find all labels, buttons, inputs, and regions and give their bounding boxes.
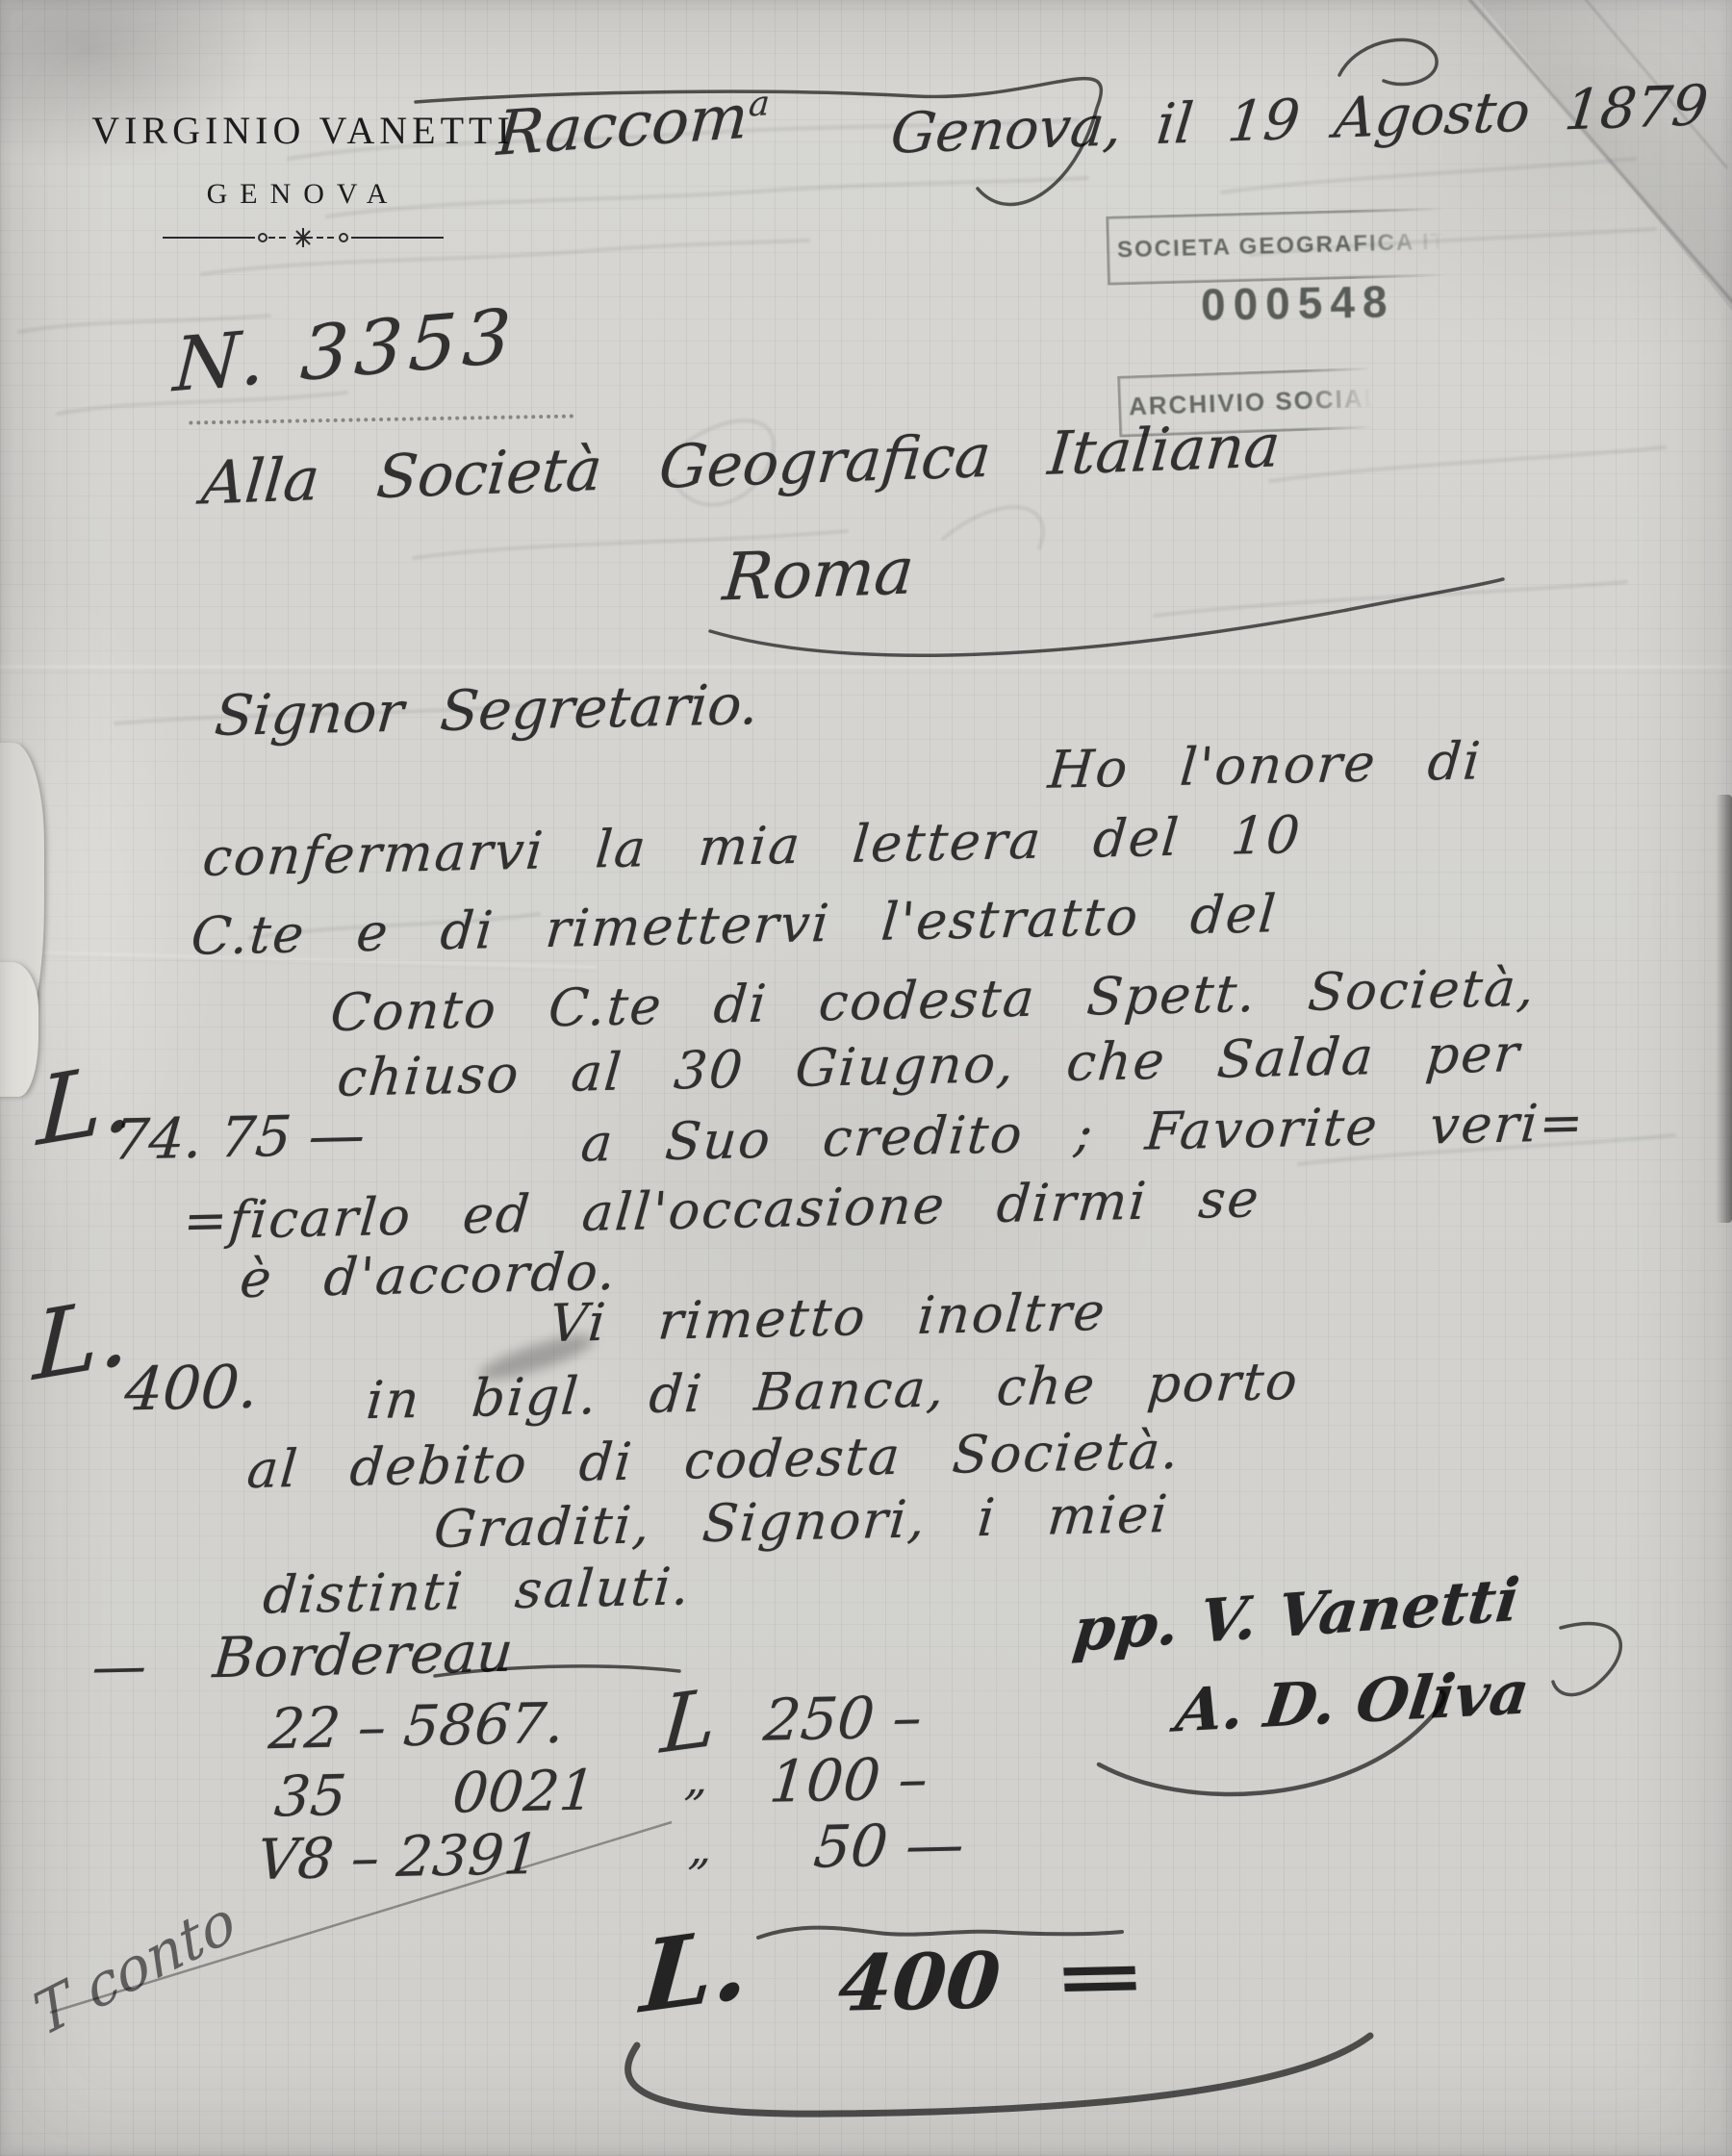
total-amount: 400	[835, 1938, 1004, 2027]
postal-note: Raccoma	[411, 13, 776, 244]
postal-note-superscript: a	[748, 84, 772, 124]
recipient-line2: Roma	[720, 536, 917, 616]
pencil-annotation: T conto	[27, 1889, 243, 2050]
dateline: Genova, il 19 Agosto 1879	[888, 74, 1711, 165]
bordereau-ref: V8 – 2391	[255, 1823, 542, 1891]
margin-amount: 400.	[122, 1354, 261, 1423]
bordereau-amount: 50 —	[811, 1813, 966, 1880]
bordereau-currency: „	[683, 1755, 710, 1805]
bordereau-ref: 22 – 5867.	[267, 1692, 567, 1761]
registry-number-text: 000548	[1201, 276, 1395, 330]
total-equals: =	[1050, 1937, 1150, 2018]
protocol-dotted-underline	[189, 376, 574, 425]
margin-lira-symbol: L.	[32, 1278, 132, 1400]
bordereau-amount: 100 –	[767, 1747, 930, 1815]
body-line: Vi rimetto inoltre	[548, 1283, 1108, 1354]
body-line: distinti saluti.	[261, 1558, 693, 1625]
body-line: Ho l'onore di	[1046, 732, 1484, 799]
signature-tail-flourish	[1553, 1624, 1620, 1695]
body-line: confermarvi la mia lettera del 10	[200, 806, 1304, 887]
postal-note-text: Raccom	[495, 82, 751, 170]
horizontal-crease	[0, 666, 1732, 672]
bordereau-ref: 35 0021	[272, 1760, 598, 1829]
bordereau-currency: „	[687, 1824, 714, 1874]
registry-number-stamp: 000548	[1201, 275, 1395, 331]
scan-edge-shadow	[1716, 795, 1732, 1223]
society-stamp-text: SOCIETA GEOGRAFICA ITALIANA	[1117, 226, 1456, 265]
body-line: a Suo credito ; Favorite veri=	[578, 1094, 1587, 1173]
body-line: Graditi, Signori, i miei	[432, 1485, 1172, 1559]
corner-pen-loop	[1339, 39, 1437, 84]
society-stamp: SOCIETA GEOGRAFICA ITALIANA	[1106, 207, 1456, 285]
body-line: C.te e di rimettervi l'estratto del	[189, 885, 1280, 966]
salutation: Signor Segretario.	[213, 673, 761, 748]
bordereau-amount: 250 –	[761, 1686, 925, 1754]
margin-amount: 74. 75 —	[111, 1103, 368, 1171]
bordereau-title: Bordereau	[211, 1621, 516, 1689]
torn-edge-chip	[0, 962, 38, 1097]
total-swoosh-underline	[628, 2036, 1370, 2114]
signature-line2: A. D. Oliva	[1172, 1660, 1533, 1744]
recipient-line1: Alla Società Geografica Italiana	[199, 413, 1283, 517]
letter-scan: SOCIETA GEOGRAFICA ITALIANA 000548 ARCHI…	[0, 0, 1732, 2156]
paper-fold-corner	[1443, 0, 1732, 327]
total-currency: L.	[638, 1908, 753, 2034]
bordereau-dash: —	[89, 1636, 148, 1698]
signature-line1: pp. V. Vanetti	[1070, 1566, 1522, 1663]
ornament-divider	[159, 226, 447, 249]
body-line: =ficarlo ed all'occasione dirmi se	[181, 1170, 1262, 1251]
